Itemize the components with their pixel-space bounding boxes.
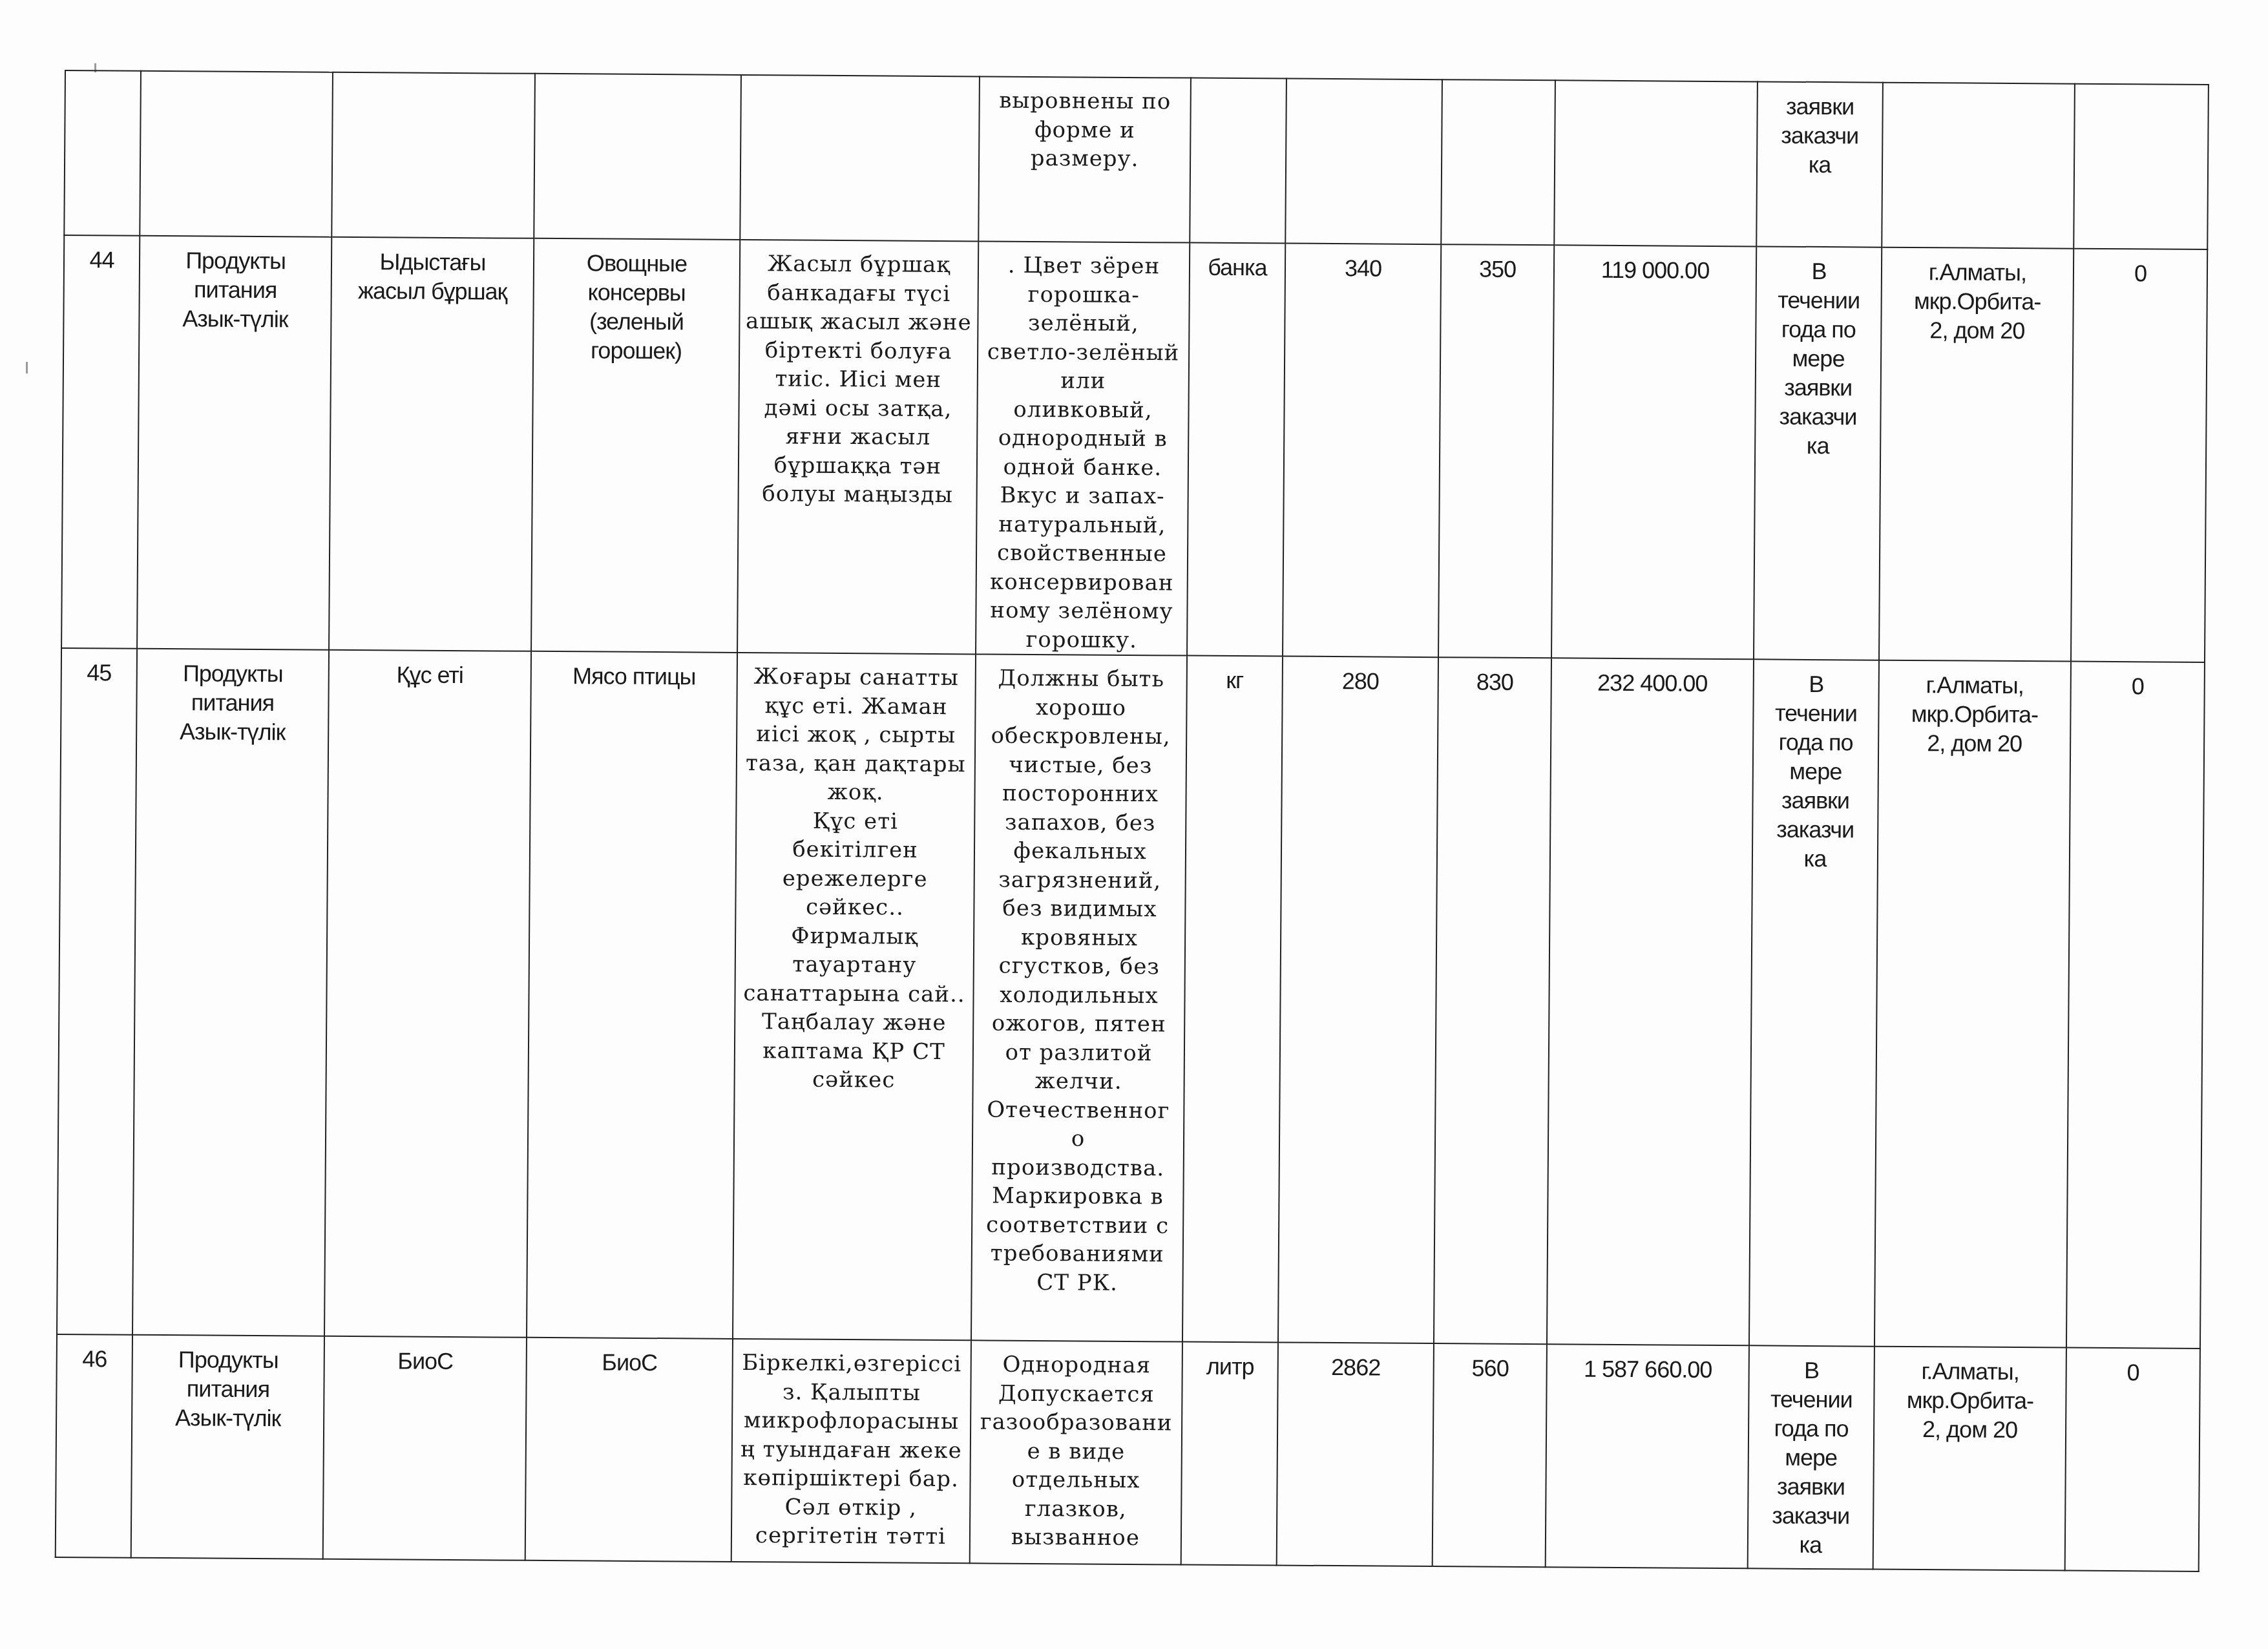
cell-text-line: соответствии с: [975, 1210, 1180, 1241]
cell-text-line: ному зелёному: [979, 596, 1184, 626]
cell-delivery: заявкизаказчика: [1756, 81, 1883, 247]
cell-text-line: желчи.: [976, 1066, 1181, 1097]
cell-advance: [2074, 84, 2209, 249]
cell-text-line: Должны быть: [979, 664, 1184, 694]
cell-text-line: выровнены по: [983, 86, 1188, 116]
cell-qty: [1285, 79, 1442, 245]
cell-text-line: мкр.Орбита-: [1878, 1385, 2061, 1416]
cell-text-line: Жасыл бұршақ: [743, 249, 975, 280]
cell-num: 44: [61, 235, 140, 649]
cell-text-line: зелёный,: [981, 308, 1186, 339]
cell-text-line: заявки: [1762, 91, 1878, 121]
cell-text-line: горошек): [538, 335, 735, 366]
scanned-page: выровнены поформе иразмеру. заявкизаказч…: [0, 0, 2268, 1649]
cell-text-line: года по: [1758, 727, 1874, 757]
cell-text-line: ка: [1759, 430, 1876, 460]
cell-spec-kz: Біркелкі,өзгеріссіз. Қалыптымикрофлорасы…: [731, 1339, 971, 1563]
table-row-44: 44 ПродуктыпитанияАзык-түлік Ыдыстағыжас…: [61, 235, 2207, 662]
cell-text-line: Однородная: [974, 1350, 1179, 1380]
cell-text-line: Азык-түлік: [136, 1403, 319, 1433]
cell-category: ПродуктыпитанияАзык-түлік: [132, 649, 329, 1336]
cell-text-line: ожогов, пятен: [976, 1009, 1181, 1039]
cell-text-line: құс еті. Жаман: [740, 691, 972, 721]
cell-text-line: года по: [1753, 1413, 1869, 1443]
cell-text-line: заказчи: [1759, 401, 1876, 431]
cell-text-line: банкадағы түсі: [743, 278, 975, 308]
cell-name-ru: Овощныеконсервы(зеленыйгорошек): [531, 238, 740, 653]
cell-num: [64, 70, 141, 236]
cell-unit: банка: [1187, 243, 1285, 656]
cell-text-line: . Цвет зёрен: [982, 251, 1186, 281]
cell-text-line: сергітетін тәтті: [735, 1521, 967, 1551]
cell-text-line: көпіршіктері бар.: [735, 1464, 967, 1494]
cell-text-line: санаттарына сай..: [738, 978, 970, 1009]
cell-delivery: Втечениигода померезаявкизаказчика: [1749, 659, 1879, 1346]
cell-text-line: о: [976, 1124, 1181, 1154]
cell-name-ru: БиоС: [525, 1338, 733, 1562]
cell-text-line: таза, қан дақтары: [740, 748, 972, 779]
scan-artifact-mark: [26, 362, 28, 373]
cell-text-line: заявки: [1757, 785, 1873, 815]
cell-text-line: Вкус и запах-: [980, 481, 1185, 511]
cell-sum: 1 587 660.00: [1546, 1344, 1749, 1568]
table-row-continuation: выровнены поформе иразмеру. заявкизаказч…: [64, 70, 2209, 249]
cell-text-line: Продукты: [142, 658, 324, 689]
cell-text-line: Продукты: [144, 246, 327, 276]
cell-spec-kz: Жоғары санаттықұс еті. Жаманиісі жоқ , с…: [733, 653, 976, 1340]
cell-text-line: обескровлены,: [978, 721, 1183, 751]
cell-price: 560: [1433, 1343, 1547, 1567]
cell-text-line: тауартану: [739, 950, 971, 980]
cell-text-line: г.Алматы,: [1879, 1356, 2062, 1387]
cell-place: г.Алматы,мкр.Орбита-2, дом 20: [1873, 1347, 2066, 1571]
cell-text-line: натуральный,: [980, 510, 1184, 540]
cell-text-line: Отечественног: [976, 1095, 1181, 1126]
cell-place: г.Алматы,мкр.Орбита-2, дом 20: [1879, 247, 2074, 662]
cell-text-line: запахов, без: [978, 808, 1182, 838]
cell-text-line: сәйкес: [738, 1065, 970, 1095]
cell-name-kz: Ыдыстағыжасыл бұршақ: [329, 237, 534, 651]
cell-text-line: течении: [1753, 1384, 1869, 1414]
cell-price: 830: [1434, 657, 1551, 1344]
cell-text-line: микрофлорасыны: [735, 1406, 967, 1436]
cell-text-line: Біркелкі,өзгеріссі: [736, 1349, 968, 1379]
cell-text-line: біртекті болуға: [742, 335, 974, 366]
cell-category: ПродуктыпитанияАзык-түлік: [131, 1335, 324, 1559]
cell-text-line: размеру.: [982, 143, 1187, 174]
cell-text-line: В: [1754, 1355, 1870, 1385]
cell-text-line: заказчи: [1761, 120, 1878, 150]
cell-text-line: заказчи: [1752, 1500, 1869, 1530]
cell-text-line: свойственные: [980, 538, 1184, 569]
cell-text-line: глазков,: [973, 1494, 1178, 1524]
cell-text-line: светло-зелёный: [981, 337, 1186, 368]
cell-text-line: тиіс. Иісі мен: [742, 364, 974, 395]
cell-text-line: консервы: [538, 277, 735, 308]
cell-price: 350: [1438, 244, 1554, 658]
cell-text-line: холодильных: [976, 980, 1181, 1011]
cell-text-line: течении: [1761, 285, 1877, 315]
cell-name-ru: Мясо птицы: [527, 651, 737, 1339]
cell-text-line: СТ РК.: [974, 1268, 1179, 1298]
cell-text-line: ка: [1761, 149, 1878, 179]
cell-text-line: горошка-: [982, 280, 1186, 310]
cell-text-line: г.Алматы,: [1884, 670, 2066, 700]
cell-text-line: мере: [1758, 756, 1874, 786]
cell-text-line: 2, дом 20: [1883, 728, 2066, 759]
cell-text-line: чистые, без: [978, 750, 1183, 781]
cell-text-line: ережелерге: [739, 863, 971, 894]
cell-text-line: яғни жасыл: [742, 422, 974, 452]
cell-text-line: кровяных: [977, 923, 1182, 953]
cell-text-line: В: [1761, 256, 1877, 286]
cell-text-line: горошку.: [979, 625, 1184, 655]
cell-text-line: сәйкес..: [739, 892, 971, 923]
cell-num: 46: [56, 1334, 132, 1558]
cell-qty: 340: [1283, 244, 1441, 658]
cell-text-line: однородный в: [980, 423, 1185, 454]
cell-name-kz: БиоС: [323, 1336, 527, 1560]
cell-text-line: (зеленый: [538, 306, 735, 337]
cell-delivery: Втечениигода померезаявкизаказчика: [1754, 246, 1882, 660]
cell-text-line: заявки: [1752, 1471, 1869, 1501]
cell-text-line: ашық жасыл және: [742, 307, 974, 337]
cell-text-line: отдельных: [973, 1465, 1178, 1495]
cell-text-line: Ыдыстағы: [336, 247, 529, 277]
cell-text-line: посторонних: [978, 779, 1182, 809]
cell-text-line: жасыл бұршақ: [336, 276, 529, 306]
cell-text-line: БиоС: [329, 1346, 522, 1376]
cell-text-line: консервирован: [980, 567, 1184, 598]
cell-text-line: Маркировка в: [975, 1181, 1180, 1212]
cell-text-line: сгустков, без: [977, 951, 1182, 982]
cell-text-line: Құс еті: [739, 806, 971, 836]
cell-text-line: каптама ҚР СТ: [738, 1036, 970, 1066]
cell-text-line: оливковый,: [980, 395, 1185, 425]
cell-text-line: газообразовани: [974, 1407, 1179, 1438]
cell-spec-ru: ОднороднаяДопускаетсягазообразование в в…: [970, 1340, 1182, 1564]
procurement-table: выровнены поформе иразмеру. заявкизаказч…: [55, 70, 2209, 1572]
cell-sum: 119 000.00: [1551, 245, 1756, 659]
cell-text-line: жоқ.: [739, 777, 971, 808]
cell-text-line: ка: [1752, 1529, 1869, 1559]
cell-unit: кг: [1182, 656, 1283, 1343]
cell-price: [1441, 79, 1555, 245]
cell-text-line: или: [981, 366, 1186, 396]
cell-spec-ru: выровнены поформе иразмеру.: [978, 76, 1191, 242]
cell-text-line: мере: [1753, 1442, 1869, 1472]
cell-text-line: форме и: [982, 115, 1187, 145]
cell-text-line: питания: [144, 275, 327, 305]
cell-text-line: Мясо птицы: [536, 661, 733, 691]
cell-text-line: заявки: [1760, 372, 1876, 402]
cell-num: 45: [57, 648, 137, 1335]
cell-text-line: хорошо: [978, 693, 1183, 723]
cell-text-line: заказчи: [1757, 814, 1873, 844]
cell-text-line: ка: [1757, 843, 1873, 873]
cell-place: [1882, 83, 2075, 249]
cell-text-line: В: [1758, 669, 1874, 698]
cell-advance: 0: [2066, 662, 2205, 1349]
cell-name-kz: Құс еті: [324, 650, 531, 1338]
cell-text-line: Жоғары санатты: [740, 662, 972, 693]
cell-text-line: требованиями: [975, 1239, 1180, 1269]
cell-text-line: ң туындаған жеке: [735, 1434, 967, 1465]
cell-text-line: мкр.Орбита-: [1883, 699, 2066, 730]
cell-text-line: Азык-түлік: [141, 717, 324, 747]
cell-text-line: без видимых: [977, 894, 1182, 924]
cell-text-line: е в виде: [974, 1436, 1179, 1467]
cell-text-line: одной банке.: [980, 452, 1185, 483]
cell-text-line: БиоС: [531, 1347, 728, 1378]
cell-text-line: течении: [1758, 698, 1874, 728]
cell-category: [140, 71, 333, 237]
cell-text-line: питания: [141, 688, 324, 718]
cell-qty: 280: [1278, 656, 1438, 1344]
cell-text-line: 2, дом 20: [1878, 1414, 2061, 1445]
cell-text-line: питания: [136, 1374, 319, 1404]
cell-advance: 0: [2071, 249, 2207, 662]
cell-text-line: Сәл өткір ,: [735, 1492, 967, 1522]
cell-text-line: Фирмалық: [739, 921, 971, 951]
cell-text-line: Азык-түлік: [143, 304, 326, 334]
cell-text-line: года по: [1760, 314, 1876, 344]
cell-spec-ru: . Цвет зёренгорошка-зелёный,светло-зелён…: [976, 241, 1190, 655]
cell-unit: литр: [1181, 1342, 1278, 1566]
cell-place: г.Алматы,мкр.Орбита-2, дом 20: [1874, 660, 2071, 1348]
cell-name-ru: [534, 74, 741, 240]
cell-spec-kz: Жасыл бұршақбанкадағы түсіашық жасыл жән…: [737, 240, 978, 654]
cell-sum: 232 400.00: [1547, 658, 1754, 1345]
cell-text-line: иісі жоқ , сырты: [740, 720, 972, 750]
cell-text-line: мкр.Орбита-: [1886, 286, 2069, 317]
cell-text-line: Овощные: [538, 248, 735, 278]
table-row-45: 45 ПродуктыпитанияАзык-түлік Құс еті Мяс…: [57, 648, 2205, 1349]
cell-category: ПродуктыпитанияАзык-түлік: [137, 236, 331, 650]
cell-delivery: Втечениигода померезаявкизаказчика: [1748, 1345, 1874, 1569]
table-row-46: 46 ПродуктыпитанияАзык-түлік БиоС БиоС Б…: [56, 1334, 2200, 1571]
cell-text-line: производства.: [976, 1153, 1181, 1183]
cell-text-line: загрязнений,: [978, 865, 1182, 896]
cell-text-line: Продукты: [137, 1345, 320, 1375]
cell-text-line: Допускается: [974, 1379, 1179, 1409]
cell-text-line: 2, дом 20: [1885, 315, 2068, 346]
cell-text-line: бекітілген: [739, 835, 971, 865]
cell-text-line: болуы маңызды: [742, 479, 974, 510]
cell-unit: [1190, 78, 1286, 244]
cell-sum: [1554, 80, 1758, 246]
cell-text-line: з. Қалыпты: [735, 1377, 967, 1407]
cell-text-line: фекальных: [978, 836, 1182, 867]
cell-spec-ru: Должны бытьхорошообескровлены,чистые, бе…: [971, 654, 1187, 1341]
cell-text-line: Құс еті: [333, 660, 527, 690]
cell-text-line: вызванное: [973, 1522, 1178, 1553]
cell-text-line: от разлитой: [976, 1038, 1181, 1068]
cell-text-line: дәмі осы затқа,: [742, 393, 974, 423]
cell-spec-kz: [740, 75, 980, 241]
cell-text-line: Таңбалау және: [738, 1007, 970, 1038]
cell-name-kz: [331, 72, 535, 238]
cell-text-line: мере: [1760, 343, 1876, 373]
cell-text-line: бұршаққа тән: [742, 450, 974, 481]
cell-text-line: г.Алматы,: [1886, 257, 2069, 288]
cell-advance: 0: [2065, 1348, 2200, 1571]
cell-qty: 2862: [1277, 1342, 1434, 1566]
